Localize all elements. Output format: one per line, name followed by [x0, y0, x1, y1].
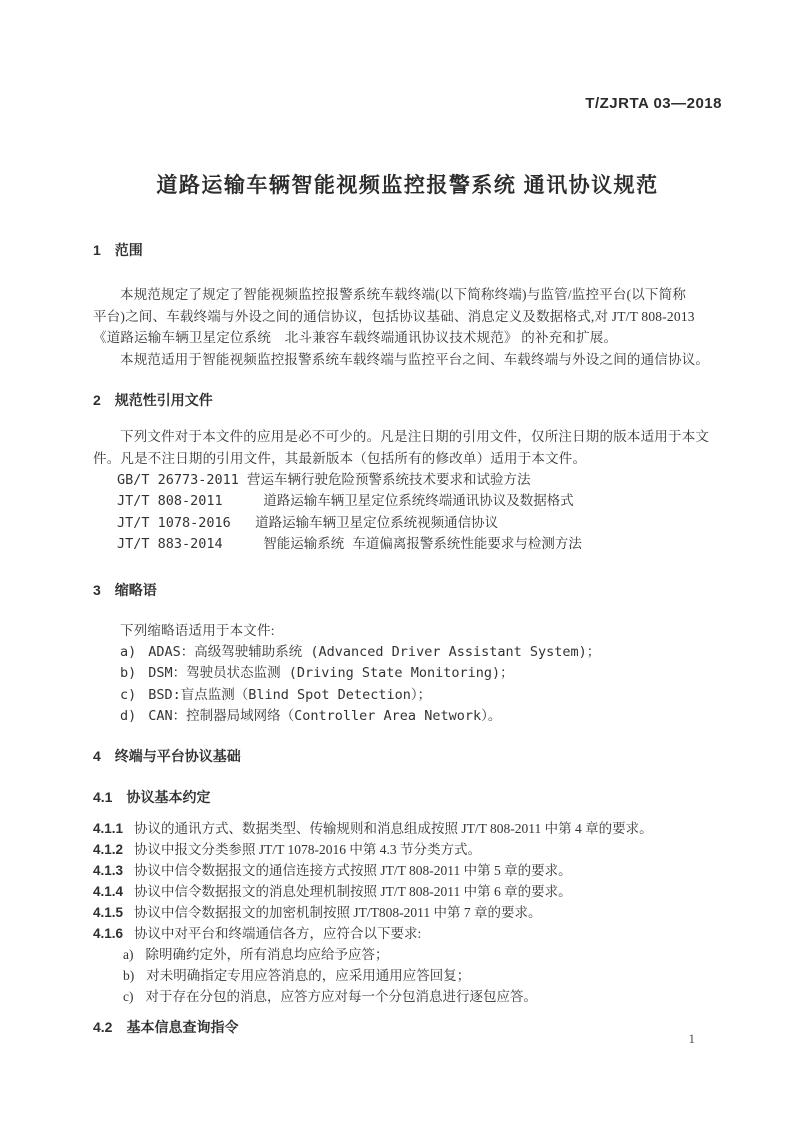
requirement-text: 除明确约定外，所有消息均应给予应答； — [146, 947, 389, 962]
clause-4-1-5: 4.1.5协议中信令数据报文的加密机制按照 JT/T808-2011 中第 7 … — [93, 902, 722, 923]
doc-number: T/ZJRTA 03—2018 — [93, 0, 722, 114]
clause-text: 协议中报文分类参照 JT/T 1078-2016 中第 4.3 节分类方式。 — [134, 842, 481, 857]
abbreviation-text: CAN：控制器局域网络（Controller Area Network）。 — [148, 708, 501, 724]
requirement-text: 对未明确指定专用应答消息的，应采用通用应答回复； — [146, 968, 470, 983]
clause-text: 协议中信令数据报文的消息处理机制按照 JT/T 808-2011 中第 6 章的… — [134, 884, 572, 899]
list-label: a) — [120, 644, 136, 660]
clause-text: 协议中对平台和终端通信各方，应符合以下要求: — [134, 926, 421, 941]
reference-item: JT/T 1078-2016 道路运输车辆卫星定位系统视频通信协议 — [93, 513, 722, 535]
clause-number: 4.1.6 — [93, 926, 123, 941]
clause-number: 4.1.5 — [93, 905, 123, 920]
clause-4-1-3: 4.1.3协议中信令数据报文的通信连接方式按照 JT/T 808-2011 中第… — [93, 860, 722, 881]
page-content: T/ZJRTA 03—2018 道路运输车辆智能视频监控报警系统 通讯协议规范 … — [0, 0, 794, 1037]
section-4-1-title: 协议基本约定 — [126, 789, 210, 805]
section-4-2-title: 基本信息查询指令 — [126, 1019, 238, 1035]
clause-text: 协议中信令数据报文的加密机制按照 JT/T808-2011 中第 7 章的要求。 — [134, 905, 542, 920]
list-label: c) — [120, 687, 136, 703]
abbreviations-intro: 下列缩略语适用于本文件: — [93, 620, 722, 642]
abbreviation-item: b)DSM：驾驶员状态监测 (Driving State Monitoring)… — [93, 663, 722, 685]
paragraph-line: 本规范规定了规定了智能视频监控报警系统车载终端(以下简称终端)与监管/监控平台(… — [93, 284, 722, 306]
section-4-1-number: 4.1 — [93, 789, 112, 805]
abbreviation-item: a)ADAS：高级驾驶辅助系统 (Advanced Driver Assista… — [93, 642, 722, 664]
clause-number: 4.1.1 — [93, 821, 123, 836]
scope-paragraph-2: 本规范适用于智能视频监控报警系统车载终端与监控平台之间、车载终端与外设之间的通信… — [93, 349, 722, 371]
list-label: a) — [123, 947, 134, 962]
reference-item: GB/T 26773-2011 营运车辆行驶危险预警系统技术要求和试验方法 — [93, 470, 722, 492]
page-number: 1 — [689, 1031, 696, 1047]
section-1-number: 1 — [93, 242, 101, 258]
section-4-number: 4 — [93, 748, 101, 764]
list-label: b) — [120, 665, 136, 681]
section-3-number: 3 — [93, 582, 101, 598]
abbreviation-item: c)BSD:盲点监测（Blind Spot Detection）； — [93, 685, 722, 707]
section-4-1-heading: 4.1协议基本约定 — [93, 787, 722, 807]
list-label: c) — [123, 989, 134, 1004]
requirement-text: 对于存在分包的消息，应答方应对每一个分包消息进行逐包应答。 — [146, 989, 538, 1004]
requirement-list: a)除明确约定外，所有消息均应给予应答； b)对未明确指定专用应答消息的，应采用… — [93, 944, 722, 1007]
clause-4-1-1: 4.1.1协议的通讯方式、数据类型、传输规则和消息组成按照 JT/T 808-2… — [93, 818, 722, 839]
references-list: GB/T 26773-2011 营运车辆行驶危险预警系统技术要求和试验方法 JT… — [93, 470, 722, 556]
clause-text: 协议中信令数据报文的通信连接方式按照 JT/T 808-2011 中第 5 章的… — [134, 863, 572, 878]
abbreviation-text: DSM：驾驶员状态监测 (Driving State Monitoring)； — [148, 665, 513, 681]
reference-item: JT/T 808-2011 道路运输车辆卫星定位系统终端通讯协议及数据格式 — [93, 491, 722, 513]
paragraph-line: 件。凡是不注日期的引用文件，其最新版本（包括所有的修改单）适用于本文件。 — [93, 448, 722, 470]
section-1-title: 范围 — [115, 242, 143, 258]
paragraph-line: 《道路运输车辆卫星定位系统 北斗兼容车载终端通讯协议技术规范》 的补充和扩展。 — [93, 327, 722, 349]
section-4-2-heading: 4.2基本信息查询指令 — [93, 1017, 722, 1037]
document-page: T/ZJRTA 03—2018 道路运输车辆智能视频监控报警系统 通讯协议规范 … — [0, 0, 794, 1123]
section-2-title: 规范性引用文件 — [115, 392, 213, 408]
section-4-heading: 4终端与平台协议基础 — [93, 746, 722, 766]
abbreviation-item: d)CAN：控制器局域网络（Controller Area Network）。 — [93, 706, 722, 728]
clause-number: 4.1.3 — [93, 863, 123, 878]
section-2-number: 2 — [93, 392, 101, 408]
clause-number: 4.1.2 — [93, 842, 123, 857]
section-4-title: 终端与平台协议基础 — [115, 748, 241, 764]
requirement-item: c)对于存在分包的消息，应答方应对每一个分包消息进行逐包应答。 — [93, 986, 722, 1007]
list-label: d) — [120, 708, 136, 724]
doc-title: 道路运输车辆智能视频监控报警系统 通讯协议规范 — [93, 171, 722, 201]
clause-4-1-6: 4.1.6协议中对平台和终端通信各方，应符合以下要求: — [93, 923, 722, 944]
clause-text: 协议的通讯方式、数据类型、传输规则和消息组成按照 JT/T 808-2011 中… — [134, 821, 653, 836]
clause-list: 4.1.1协议的通讯方式、数据类型、传输规则和消息组成按照 JT/T 808-2… — [93, 818, 722, 1007]
section-3-title: 缩略语 — [115, 582, 157, 598]
abbreviation-text: ADAS：高级驾驶辅助系统 (Advanced Driver Assistant… — [148, 644, 600, 660]
abbreviation-text: BSD:盲点监测（Blind Spot Detection）； — [148, 687, 431, 703]
scope-paragraph-1: 本规范规定了规定了智能视频监控报警系统车载终端(以下简称终端)与监管/监控平台(… — [93, 284, 722, 349]
paragraph-line: 平台)之间、车载终端与外设之间的通信协议，包括协议基础、消息定义及数据格式,对 … — [93, 306, 722, 328]
list-label: b) — [123, 968, 134, 983]
clause-4-1-4: 4.1.4协议中信令数据报文的消息处理机制按照 JT/T 808-2011 中第… — [93, 881, 722, 902]
section-4-2-number: 4.2 — [93, 1019, 112, 1035]
section-2-heading: 2规范性引用文件 — [93, 390, 722, 410]
section-3-heading: 3缩略语 — [93, 580, 722, 600]
paragraph-line: 下列文件对于本文件的应用是必不可少的。凡是注日期的引用文件，仅所注日期的版本适用… — [93, 426, 722, 448]
references-intro: 下列文件对于本文件的应用是必不可少的。凡是注日期的引用文件，仅所注日期的版本适用… — [93, 426, 722, 469]
requirement-item: b)对未明确指定专用应答消息的，应采用通用应答回复； — [93, 965, 722, 986]
clause-4-1-2: 4.1.2协议中报文分类参照 JT/T 1078-2016 中第 4.3 节分类… — [93, 839, 722, 860]
reference-item: JT/T 883-2014 智能运输系统 车道偏离报警系统性能要求与检测方法 — [93, 534, 722, 556]
clause-number: 4.1.4 — [93, 884, 123, 899]
abbreviations-list: a)ADAS：高级驾驶辅助系统 (Advanced Driver Assista… — [93, 642, 722, 728]
section-1-heading: 1范围 — [93, 240, 722, 260]
requirement-item: a)除明确约定外，所有消息均应给予应答； — [93, 944, 722, 965]
